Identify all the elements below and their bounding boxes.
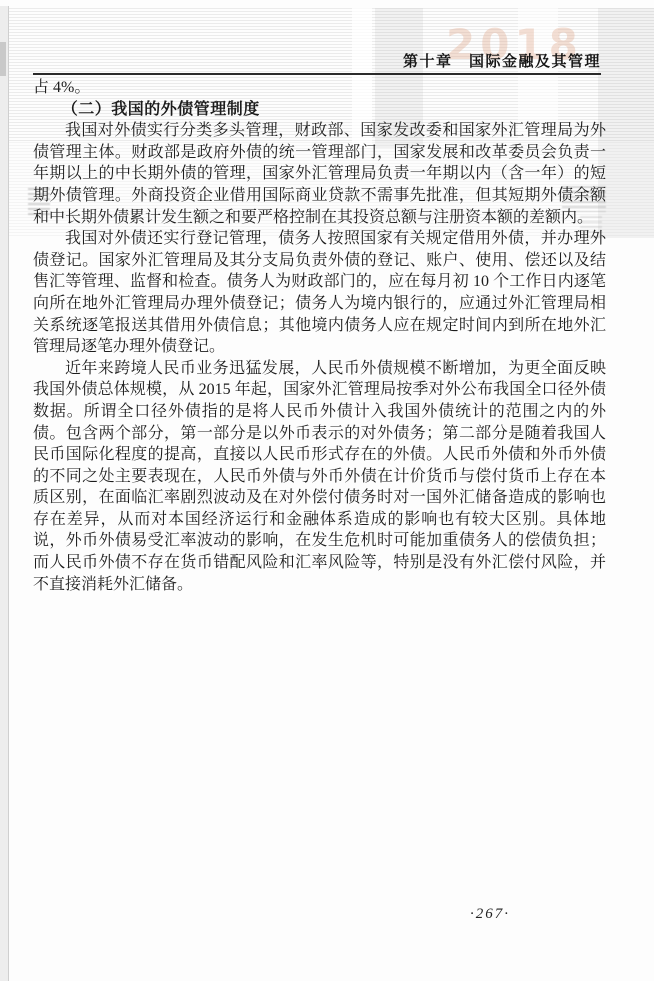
paragraph-debt-registration: 我国对外债还实行登记管理，债务人按照国家有关规定借用外债，并办理外债登记。国家外… [33, 228, 606, 358]
paragraph-debt-administration: 我国对外债实行分类多头管理，财政部、国家发改委和国家外汇管理局为外债管理主体。财… [33, 120, 606, 228]
page-number: ·267· [470, 906, 510, 923]
running-header-chapter-title: 第十章 国际金融及其管理 [0, 50, 601, 71]
section-heading: （二）我国的外债管理制度 [33, 99, 606, 121]
carryover-line: 占 4%。 [33, 77, 606, 99]
header-rule [33, 73, 601, 75]
scan-streak-dark [598, 8, 654, 238]
paragraph-rmb-external-debt: 近年来跨境人民币业务迅猛发展，人民币外债规模不断增加，为更全面反映我国外债总体规… [33, 358, 606, 596]
scan-page-edge [0, 6, 9, 981]
scanned-book-page: 2018 第十章 国际金融及其管理 占 4%。 （二）我国的外债管理制度 我国对… [0, 0, 654, 981]
body-text-block: 占 4%。 （二）我国的外债管理制度 我国对外债实行分类多头管理，财政部、国家发… [33, 77, 606, 595]
